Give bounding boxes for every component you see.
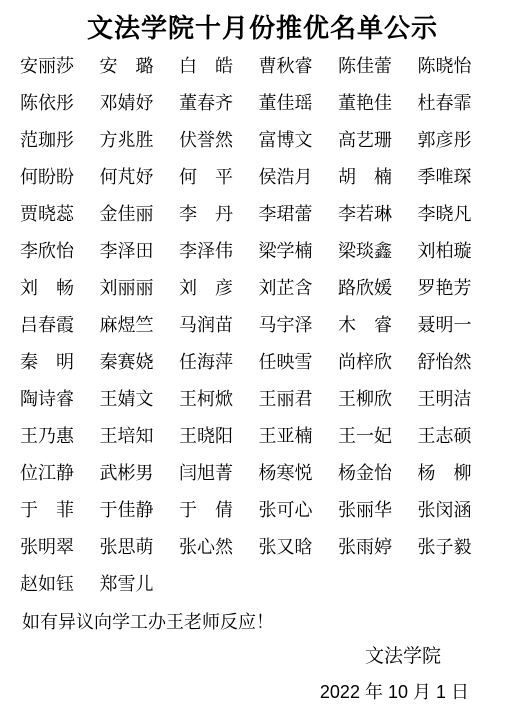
name-item: 于 菲 (20, 501, 74, 520)
name-item: 李若琳 (338, 205, 392, 224)
name-item: 何芃妤 (100, 168, 154, 187)
name-item: 高艺珊 (338, 131, 392, 150)
name-item: 王明洁 (418, 390, 472, 409)
name-item: 何盼盼 (20, 168, 74, 187)
name-item: 麻煜竺 (100, 316, 154, 335)
name-item: 邓婧妤 (100, 94, 154, 113)
name-item: 杨寒悦 (259, 464, 313, 483)
name-item: 陈依彤 (20, 94, 74, 113)
name-item: 马润苗 (179, 316, 233, 335)
name-item: 杨金怡 (338, 464, 392, 483)
name-item: 杜春霏 (418, 94, 472, 113)
signature-department: 文法学院 (0, 646, 525, 668)
name-item: 富博文 (259, 131, 313, 150)
name-item: 任海萍 (179, 353, 233, 372)
name-item: 王乃惠 (20, 427, 74, 446)
name-item: 董春齐 (179, 94, 233, 113)
name-item: 木 睿 (338, 316, 392, 335)
name-item: 李 丹 (179, 205, 233, 224)
name-item: 武彬男 (100, 464, 154, 483)
name-item: 郭彦彤 (418, 131, 472, 150)
name-item: 何 平 (179, 168, 233, 187)
name-item: 舒怡然 (418, 353, 472, 372)
name-item: 位江静 (20, 464, 74, 483)
notice-title: 文法学院十月份推优名单公示 (0, 0, 525, 44)
name-item: 王晓阳 (179, 427, 233, 446)
name-item: 李泽田 (100, 242, 154, 261)
name-item: 王志硕 (418, 427, 472, 446)
name-item: 王培知 (100, 427, 154, 446)
notice-date: 2022 年 10 月 1 日 (0, 682, 525, 703)
name-item: 赵如钰 (20, 575, 74, 594)
name-item: 王柯焮 (179, 390, 233, 409)
name-item: 于 倩 (179, 501, 233, 520)
name-item: 张子毅 (418, 538, 472, 557)
name-item: 张雨婷 (338, 538, 392, 557)
name-item: 张思萌 (100, 538, 154, 557)
notice-page: 文法学院十月份推优名单公示 安丽莎安 璐白 皓曹秋睿陈佳蕾陈晓怡陈依彤邓婧妤董春… (0, 0, 525, 714)
name-item: 安 璐 (100, 57, 154, 76)
name-item: 刘 畅 (20, 279, 74, 298)
name-item: 董艳佳 (338, 94, 392, 113)
name-item: 王亚楠 (259, 427, 313, 446)
name-item: 方兆胜 (100, 131, 154, 150)
name-item: 李泽伟 (179, 242, 233, 261)
name-item: 王丽君 (259, 390, 313, 409)
name-item: 陶诗睿 (20, 390, 74, 409)
name-item: 范珈彤 (20, 131, 74, 150)
name-item: 秦 明 (20, 353, 74, 372)
name-item: 张明翠 (20, 538, 74, 557)
name-item: 梁琰鑫 (338, 242, 392, 261)
name-item: 秦赛娆 (100, 353, 154, 372)
names-list: 安丽莎安 璐白 皓曹秋睿陈佳蕾陈晓怡陈依彤邓婧妤董春齐董佳瑶董艳佳杜春霏范珈彤方… (0, 44, 525, 594)
name-item: 张丽华 (338, 501, 392, 520)
name-item: 李晓凡 (418, 205, 472, 224)
objection-note: 如有异议向学工办王老师反应！ (0, 594, 525, 632)
name-item: 白 皓 (179, 57, 233, 76)
name-item: 金佳丽 (100, 205, 154, 224)
name-item: 胡 楠 (338, 168, 392, 187)
name-item: 安丽莎 (20, 57, 74, 76)
name-item: 李珺蕾 (259, 205, 313, 224)
name-item: 侯浩月 (259, 168, 313, 187)
name-item: 任映雪 (259, 353, 313, 372)
name-item: 张心然 (179, 538, 233, 557)
name-item: 杨 柳 (418, 464, 472, 483)
name-item: 陈佳蕾 (338, 57, 392, 76)
name-item: 曹秋睿 (259, 57, 313, 76)
name-item: 闫旭菁 (179, 464, 233, 483)
name-item: 张闵涵 (418, 501, 472, 520)
name-item: 刘 彦 (179, 279, 233, 298)
name-item: 董佳瑶 (259, 94, 313, 113)
name-item: 张可心 (259, 501, 313, 520)
name-item: 路欣媛 (338, 279, 392, 298)
name-item: 郑雪儿 (100, 575, 154, 594)
name-item: 张又晗 (259, 538, 313, 557)
name-item: 马宇泽 (259, 316, 313, 335)
name-item: 陈晓怡 (418, 57, 472, 76)
name-item: 伏誉然 (179, 131, 233, 150)
name-item: 梁学楠 (259, 242, 313, 261)
name-item: 贾晓蕊 (20, 205, 74, 224)
name-item: 王柳欣 (338, 390, 392, 409)
name-item: 李欣怡 (20, 242, 74, 261)
name-item: 刘丽丽 (100, 279, 154, 298)
name-item: 王婧文 (100, 390, 154, 409)
name-item: 尚梓欣 (338, 353, 392, 372)
name-item: 刘芷含 (259, 279, 313, 298)
name-item: 刘柏璇 (418, 242, 472, 261)
name-item: 季唯琛 (418, 168, 472, 187)
name-item: 于佳静 (100, 501, 154, 520)
name-item: 王一妃 (338, 427, 392, 446)
name-item: 吕春霞 (20, 316, 74, 335)
name-item: 聂明一 (418, 316, 472, 335)
name-item: 罗艳芳 (418, 279, 472, 298)
